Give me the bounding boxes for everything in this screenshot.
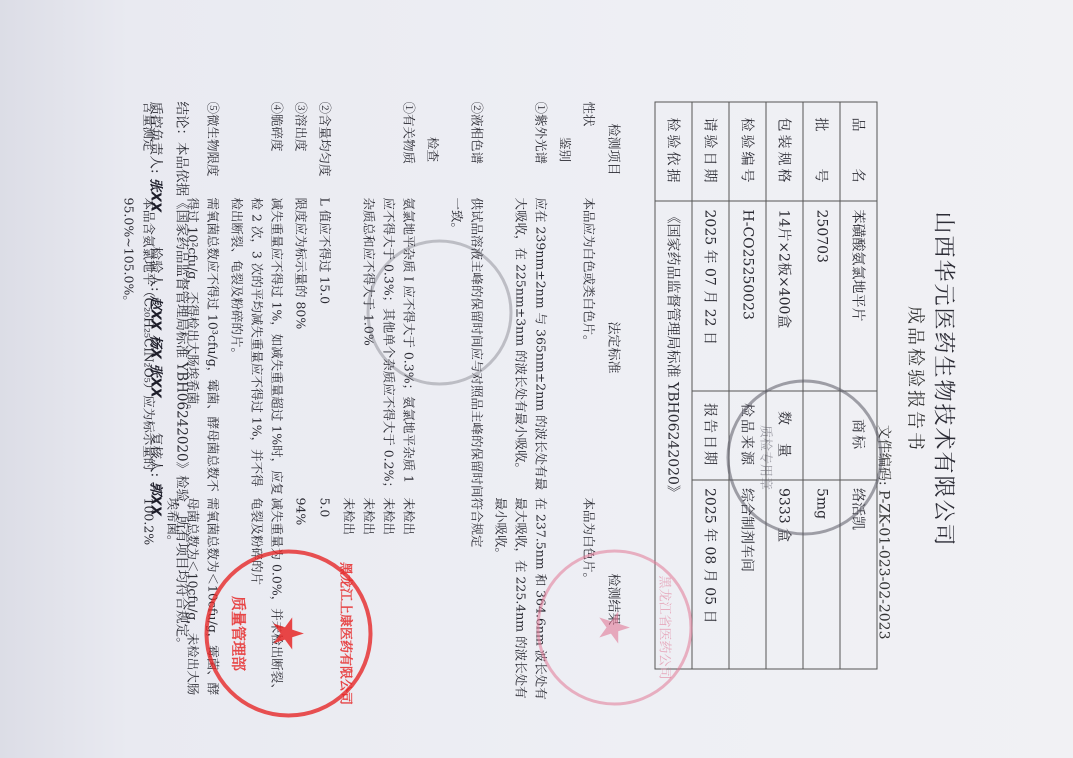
company-name: 山西华元医药生物技术有限公司 xyxy=(930,10,961,750)
test-item: ①紫外光谱 xyxy=(491,102,551,198)
batch-number: 250703 xyxy=(803,201,840,391)
pink-company-stamp: ★ 黑龙江省医药公司 xyxy=(537,550,693,706)
result-row: 检查 xyxy=(423,102,443,702)
report-date: 2025 年 08 月 05 日 xyxy=(692,480,729,670)
test-standard xyxy=(555,198,575,498)
conclusion-text: 结论：本品依据《国家药品监督管理局标准 YBH06242020》检验，所有项目均… xyxy=(169,102,195,722)
result-row: ②液相色谱供试品溶液主峰的保留时间应与对照品主峰的保留时间一致。符合规定 xyxy=(447,102,487,702)
red-quality-stamp: ★ 黑龙江上康医药有限公司 质量管理部 xyxy=(205,550,373,718)
info-row: 品 名 苯磺酸氨氯地平片 商标 络活凯 xyxy=(840,102,877,669)
test-item: ①有关物质 xyxy=(339,102,419,198)
qc-signature: 张XX xyxy=(148,178,164,212)
test-standard: 减失重量应不得过 1%，如减失重量超过 1%时，应复检 2 次，3 次的平均减失… xyxy=(227,198,287,498)
test-item: ③溶出度 xyxy=(291,102,311,198)
test-item: 性状 xyxy=(579,102,599,198)
reviewer-signature: 郭XX xyxy=(148,482,164,516)
info-row: 请验日期 2025 年 07 月 22 日 报告日期 2025 年 08 月 0… xyxy=(692,102,729,669)
test-item: ②含量均匀度 xyxy=(315,102,335,198)
test-item: ④脆碎度 xyxy=(227,102,287,198)
test-item: 鉴别 xyxy=(555,102,575,198)
test-standard: 本品应为白色或类白色片。 xyxy=(579,198,599,498)
star-icon: ★ xyxy=(264,615,313,653)
test-number: H-CO25250023 xyxy=(729,201,766,391)
inspector-signature: 赵XX 杨X 张XX xyxy=(148,296,164,398)
scanned-page-background: 山西华元医药生物技术有限公司 成品检验报告书 文件编码: P-ZK-01-023… xyxy=(0,0,1073,758)
conclusion-section: 结论：本品依据《国家药品监督管理局标准 YBH06242020》检验，所有项目均… xyxy=(143,102,195,722)
test-standard: L 值应不得过 15.0 xyxy=(315,198,335,498)
test-result xyxy=(423,498,443,702)
test-item: ②液相色谱 xyxy=(447,102,487,198)
package-spec: 14片×2板×400盒 xyxy=(766,201,803,391)
test-standard: 限度应为标示量的 80% xyxy=(291,198,311,498)
inspection-report-page: 山西华元医药生物技术有限公司 成品检验报告书 文件编码: P-ZK-01-023… xyxy=(0,10,1073,750)
test-item: 检查 xyxy=(423,102,443,198)
gray-faint-stamp xyxy=(367,240,513,386)
star-icon: ★ xyxy=(590,609,639,647)
test-result: 符合规定 xyxy=(447,498,487,702)
gray-inspection-stamp: 质检专用章 xyxy=(727,380,883,536)
product-info-table: 品 名 苯磺酸氨氯地平片 商标 络活凯 批 号 250703 5mg 包装规格 … xyxy=(655,102,878,670)
request-date: 2025 年 07 月 22 日 xyxy=(692,201,729,391)
info-row: 检验编号 H-CO25250023 检品来源 综合制剂车间 xyxy=(729,102,766,669)
signatures: 质控负责人: 张XX 检验人: 赵XX 杨X 张XX 复核人: 郭XX xyxy=(143,102,169,722)
report-title: 成品检验报告书 xyxy=(904,10,930,750)
product-name: 苯磺酸氨氯地平片 xyxy=(840,201,877,391)
